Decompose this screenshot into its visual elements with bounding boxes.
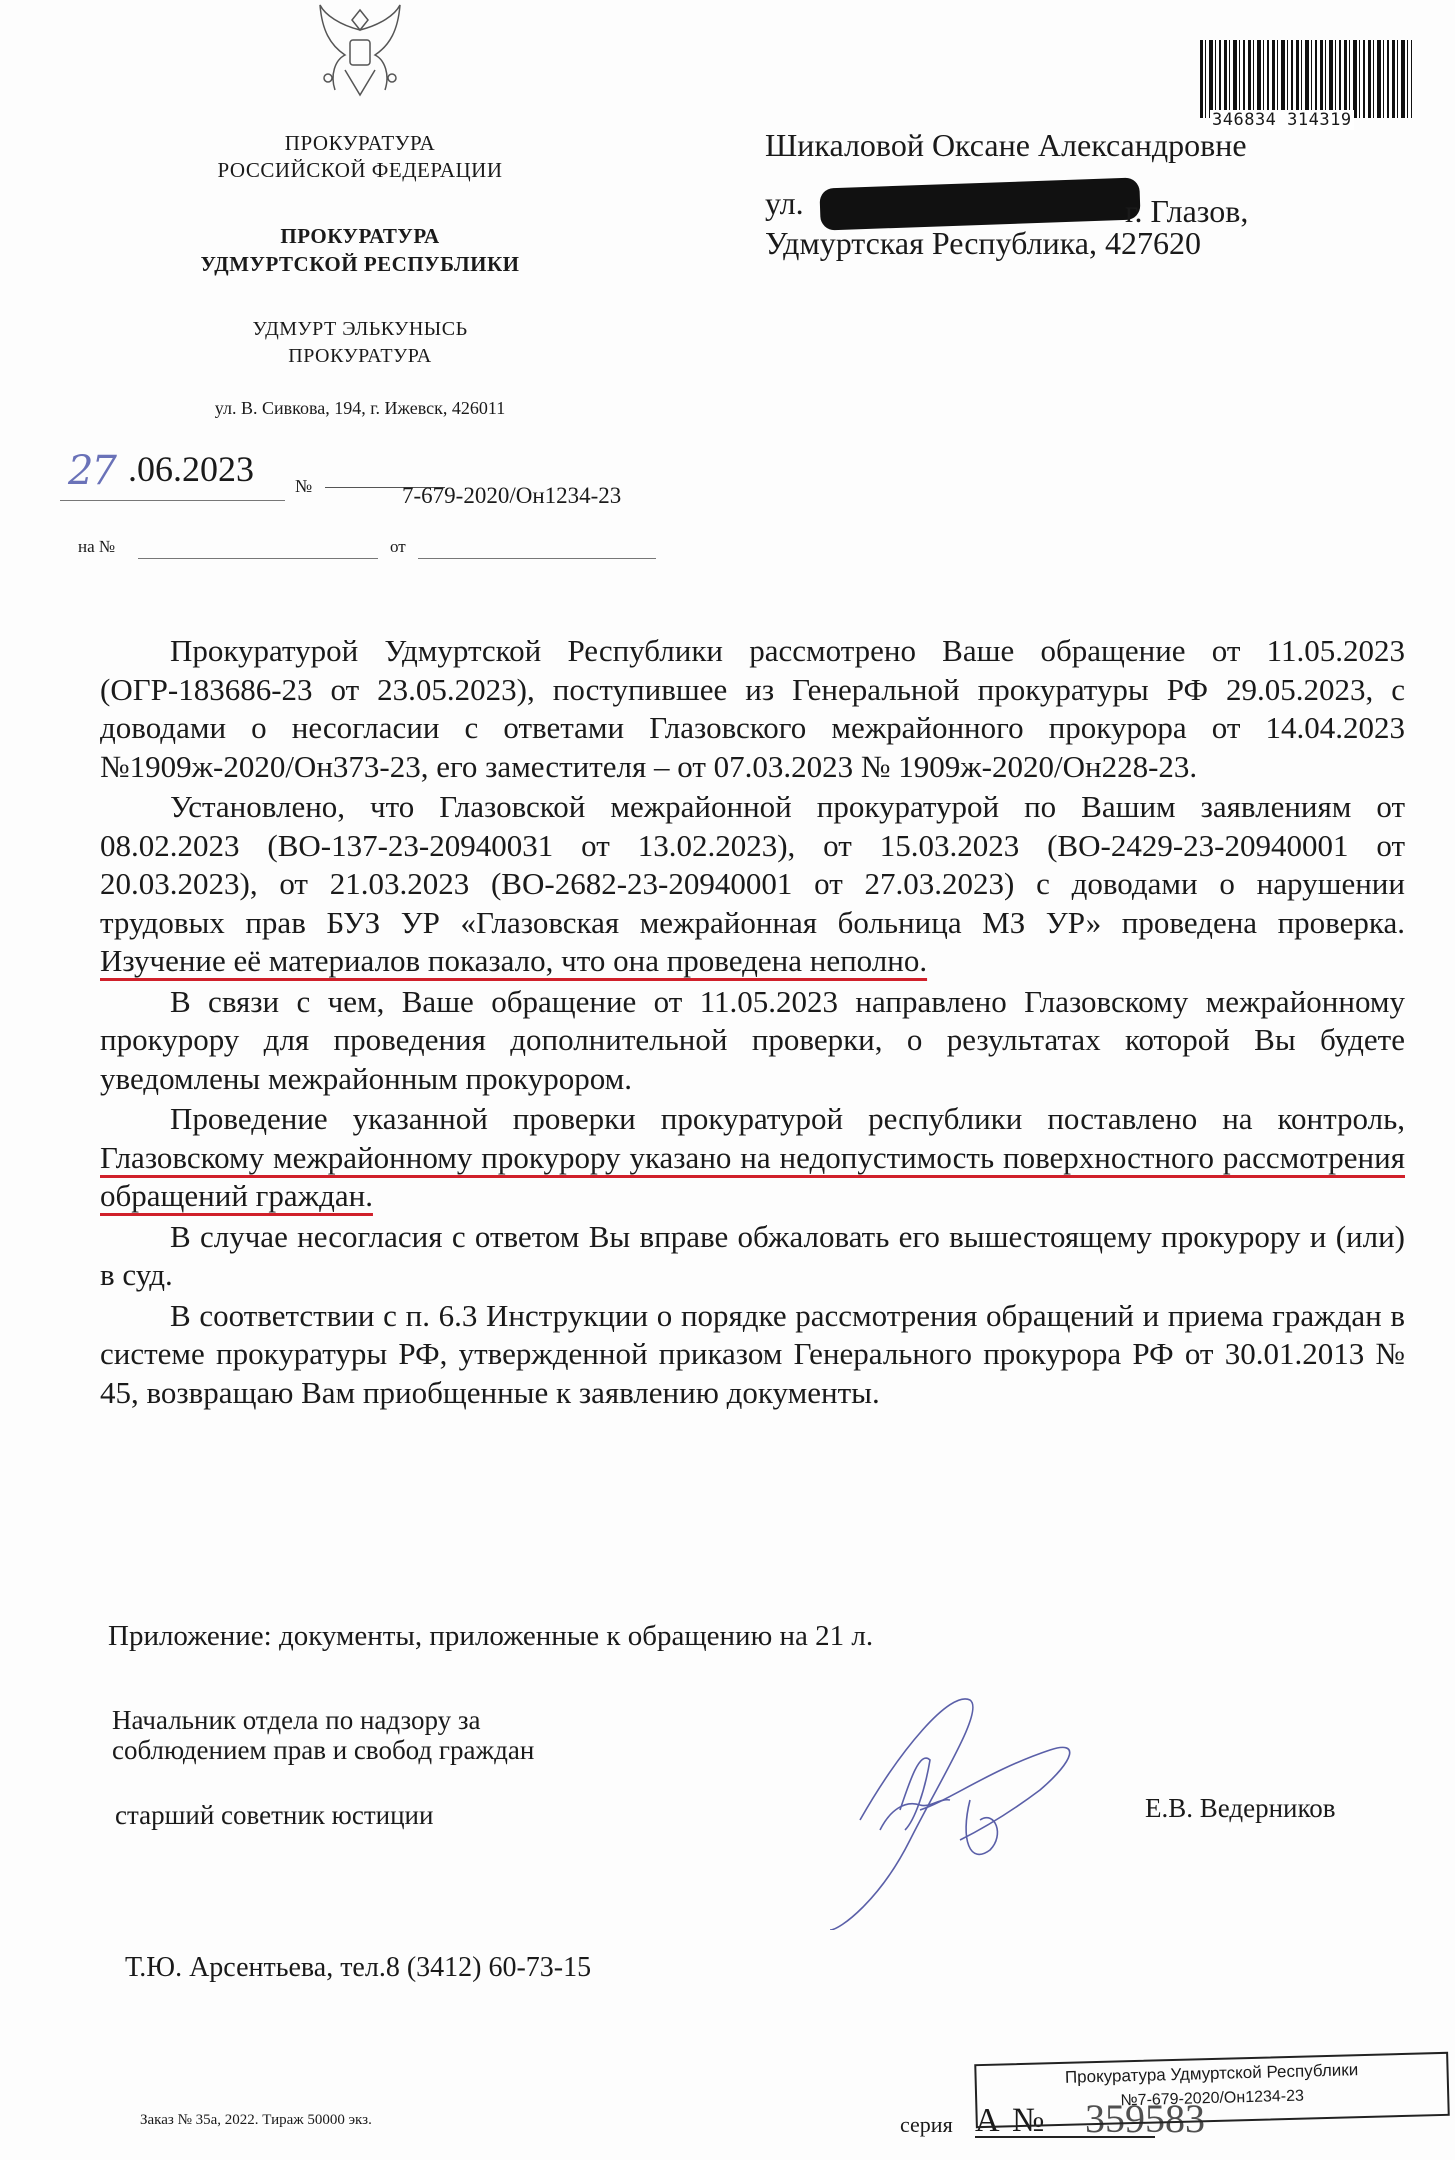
signatory-rank: старший советник юстиции	[115, 1800, 433, 1831]
udmurt-line1: УДМУРТ ЭЛЬКУНЫСЬ	[180, 316, 540, 343]
paragraph-4-text: Проведение указанной проверки прокуратур…	[170, 1101, 1405, 1136]
org-address: ул. В. Сивкова, 194, г. Ижевск, 426011	[140, 398, 580, 419]
redacted-address	[819, 177, 1140, 230]
number-sign: №	[295, 476, 312, 497]
date-typed: .06.2023	[128, 448, 254, 490]
paragraph-5: В случае несогласия с ответом Вы вправе …	[100, 1218, 1405, 1295]
reply-number-blank	[138, 558, 378, 559]
barcode-bars	[1200, 40, 1412, 118]
letter-body: Прокуратурой Удмуртской Республики рассм…	[100, 632, 1405, 1412]
paragraph-2-text: Установлено, что Глазовской межрайонной …	[100, 789, 1405, 940]
series-underline	[975, 2136, 1155, 2138]
reply-date-blank	[418, 558, 656, 559]
org-line1: ПРОКУРАТУРА	[180, 130, 540, 157]
org-line2: РОССИЙСКОЙ ФЕДЕРАЦИИ	[180, 157, 540, 184]
handwritten-signature-icon	[820, 1690, 1230, 1930]
recipient-region: Удмуртская Республика, 427620	[765, 225, 1201, 262]
highlighted-directive: Глазовскому межрайонному прокурору указа…	[100, 1140, 1405, 1214]
sub-org-line1: ПРОКУРАТУРА	[160, 222, 560, 250]
recipient-street-prefix: ул.	[765, 185, 804, 221]
series-label: серия	[900, 2112, 953, 2138]
sub-org-line2: УДМУРТСКОЙ РЕСПУБЛИКИ	[160, 250, 560, 278]
recipient-name: Шикаловой Оксане Александровне	[765, 125, 1247, 165]
highlighted-finding: Изучение её материалов показало, что она…	[100, 943, 927, 978]
org-name: ПРОКУРАТУРА РОССИЙСКОЙ ФЕДЕРАЦИИ	[180, 130, 540, 184]
signatory-title-line2: соблюдением прав и свобод граждан	[112, 1735, 534, 1765]
sub-org-name: ПРОКУРАТУРА УДМУРТСКОЙ РЕСПУБЛИКИ	[160, 222, 560, 278]
date-underline	[60, 500, 285, 501]
coat-of-arms-icon	[300, 0, 420, 100]
paragraph-6: В соответствии с п. 6.3 Инструкции о пор…	[100, 1297, 1405, 1413]
paragraph-1: Прокуратурой Удмуртской Республики рассм…	[100, 632, 1405, 786]
paragraph-3: В связи с чем, Ваше обращение от 11.05.2…	[100, 983, 1405, 1099]
reply-from-label: от	[390, 537, 406, 557]
udmurt-line2: ПРОКУРАТУРА	[180, 343, 540, 370]
signatory-title-line1: Начальник отдела по надзору за	[112, 1705, 534, 1735]
contact-person: Т.Ю. Арсентьева, тел.8 (3412) 60-73-15	[125, 1952, 591, 1984]
paragraph-2: Установлено, что Глазовской межрайонной …	[100, 788, 1405, 981]
reply-number-label: на №	[78, 537, 115, 557]
stamp-number: №7-679-2020/Он1234-23	[977, 2084, 1447, 2114]
udmurt-org-name: УДМУРТ ЭЛЬКУНЫСЬ ПРОКУРАТУРА	[180, 316, 540, 370]
date-handwritten: 27	[68, 448, 115, 494]
print-order-info: Заказ № 35а, 2022. Тираж 50000 экз.	[140, 2112, 372, 2129]
outgoing-number: 7-679-2020/Он1234-23	[402, 483, 621, 509]
barcode: 346834 314319	[1200, 40, 1412, 128]
attachment-note: Приложение: документы, приложенные к обр…	[108, 1620, 873, 1653]
paragraph-4: Проведение указанной проверки прокуратур…	[100, 1100, 1405, 1216]
registration-stamp: Прокуратура Удмуртской Республики №7-679…	[974, 2052, 1450, 2128]
signatory-title: Начальник отдела по надзору за соблюдени…	[112, 1705, 534, 1765]
